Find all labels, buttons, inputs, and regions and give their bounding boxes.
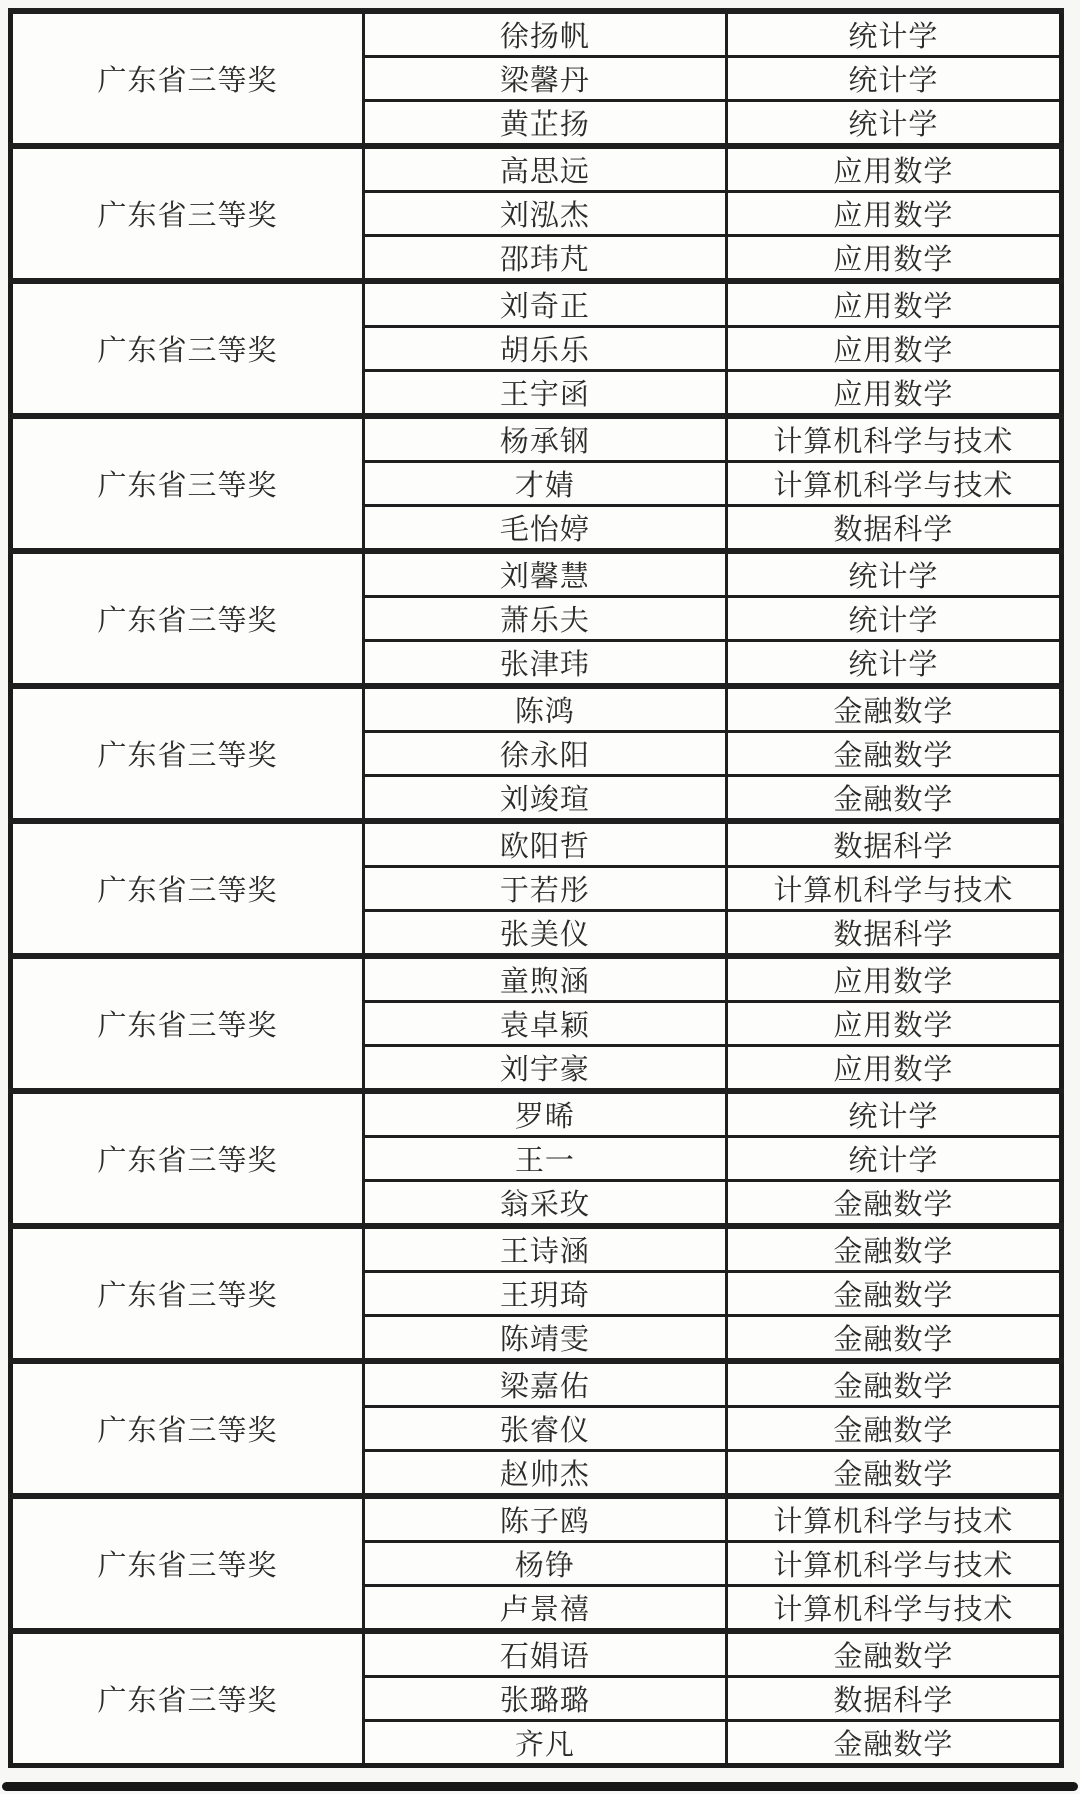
student-name-cell: 赵帅杰 xyxy=(364,1451,727,1497)
award-cell: 广东省三等奖 xyxy=(11,1226,364,1361)
award-cell: 广东省三等奖 xyxy=(11,821,364,956)
student-name-cell: 高思远 xyxy=(364,146,727,192)
student-name-cell: 毛怡婷 xyxy=(364,506,727,552)
student-name-cell: 王玥琦 xyxy=(364,1272,727,1316)
table-row: 广东省三等奖徐扬帆统计学 xyxy=(11,11,1062,57)
student-name-cell: 黄芷扬 xyxy=(364,101,727,147)
major-cell: 应用数学 xyxy=(726,281,1061,327)
student-name-cell: 罗晞 xyxy=(364,1091,727,1137)
table-row: 广东省三等奖陈子鸥计算机科学与技术 xyxy=(11,1496,1062,1542)
major-cell: 计算机科学与技术 xyxy=(726,1586,1061,1632)
student-name-cell: 才婧 xyxy=(364,462,727,506)
major-cell: 应用数学 xyxy=(726,327,1061,371)
awards-table: 广东省三等奖徐扬帆统计学梁馨丹统计学黄芷扬统计学广东省三等奖高思远应用数学刘泓杰… xyxy=(8,8,1064,1768)
table-row: 广东省三等奖童煦涵应用数学 xyxy=(11,956,1062,1002)
table-row: 广东省三等奖罗晞统计学 xyxy=(11,1091,1062,1137)
student-name-cell: 杨承钢 xyxy=(364,416,727,462)
major-cell: 统计学 xyxy=(726,1137,1061,1181)
award-cell: 广东省三等奖 xyxy=(11,11,364,146)
student-name-cell: 石娟语 xyxy=(364,1631,727,1677)
table-row: 广东省三等奖刘奇正应用数学 xyxy=(11,281,1062,327)
major-cell: 应用数学 xyxy=(726,236,1061,282)
major-cell: 计算机科学与技术 xyxy=(726,867,1061,911)
student-name-cell: 邵玮芃 xyxy=(364,236,727,282)
major-cell: 应用数学 xyxy=(726,1002,1061,1046)
student-name-cell: 刘奇正 xyxy=(364,281,727,327)
award-cell: 广东省三等奖 xyxy=(11,416,364,551)
table-row: 广东省三等奖杨承钢计算机科学与技术 xyxy=(11,416,1062,462)
student-name-cell: 王宇函 xyxy=(364,371,727,417)
student-name-cell: 萧乐夫 xyxy=(364,597,727,641)
major-cell: 统计学 xyxy=(726,57,1061,101)
major-cell: 金融数学 xyxy=(726,1407,1061,1451)
major-cell: 计算机科学与技术 xyxy=(726,462,1061,506)
major-cell: 统计学 xyxy=(726,1091,1061,1137)
award-cell: 广东省三等奖 xyxy=(11,1361,364,1496)
table-row: 广东省三等奖高思远应用数学 xyxy=(11,146,1062,192)
award-cell: 广东省三等奖 xyxy=(11,956,364,1091)
student-name-cell: 胡乐乐 xyxy=(364,327,727,371)
student-name-cell: 徐扬帆 xyxy=(364,11,727,57)
award-cell: 广东省三等奖 xyxy=(11,146,364,281)
major-cell: 应用数学 xyxy=(726,146,1061,192)
major-cell: 金融数学 xyxy=(726,1316,1061,1362)
table-row: 广东省三等奖梁嘉佑金融数学 xyxy=(11,1361,1062,1407)
major-cell: 应用数学 xyxy=(726,192,1061,236)
student-name-cell: 梁嘉佑 xyxy=(364,1361,727,1407)
major-cell: 应用数学 xyxy=(726,956,1061,1002)
major-cell: 金融数学 xyxy=(726,1451,1061,1497)
student-name-cell: 童煦涵 xyxy=(364,956,727,1002)
student-name-cell: 陈靖雯 xyxy=(364,1316,727,1362)
major-cell: 统计学 xyxy=(726,551,1061,597)
major-cell: 金融数学 xyxy=(726,686,1061,732)
major-cell: 金融数学 xyxy=(726,1272,1061,1316)
major-cell: 金融数学 xyxy=(726,1361,1061,1407)
major-cell: 数据科学 xyxy=(726,1677,1061,1721)
table-row: 广东省三等奖刘馨慧统计学 xyxy=(11,551,1062,597)
major-cell: 统计学 xyxy=(726,11,1061,57)
table-row: 广东省三等奖石娟语金融数学 xyxy=(11,1631,1062,1677)
table-row: 广东省三等奖王诗涵金融数学 xyxy=(11,1226,1062,1272)
table-row: 广东省三等奖欧阳哲数据科学 xyxy=(11,821,1062,867)
major-cell: 数据科学 xyxy=(726,911,1061,957)
bottom-divider-bar xyxy=(2,1782,1078,1791)
student-name-cell: 刘宇豪 xyxy=(364,1046,727,1092)
student-name-cell: 刘竣瑄 xyxy=(364,776,727,822)
major-cell: 数据科学 xyxy=(726,821,1061,867)
major-cell: 金融数学 xyxy=(726,732,1061,776)
award-cell: 广东省三等奖 xyxy=(11,551,364,686)
major-cell: 统计学 xyxy=(726,597,1061,641)
student-name-cell: 陈子鸥 xyxy=(364,1496,727,1542)
award-cell: 广东省三等奖 xyxy=(11,1091,364,1226)
page: 广东省三等奖徐扬帆统计学梁馨丹统计学黄芷扬统计学广东省三等奖高思远应用数学刘泓杰… xyxy=(0,0,1080,1794)
student-name-cell: 齐凡 xyxy=(364,1721,727,1766)
student-name-cell: 梁馨丹 xyxy=(364,57,727,101)
table-row: 广东省三等奖陈鸿金融数学 xyxy=(11,686,1062,732)
major-cell: 统计学 xyxy=(726,641,1061,687)
student-name-cell: 欧阳哲 xyxy=(364,821,727,867)
student-name-cell: 卢景禧 xyxy=(364,1586,727,1632)
award-cell: 广东省三等奖 xyxy=(11,686,364,821)
student-name-cell: 袁卓颖 xyxy=(364,1002,727,1046)
student-name-cell: 王一 xyxy=(364,1137,727,1181)
major-cell: 金融数学 xyxy=(726,1181,1061,1227)
award-cell: 广东省三等奖 xyxy=(11,1496,364,1631)
major-cell: 计算机科学与技术 xyxy=(726,416,1061,462)
major-cell: 计算机科学与技术 xyxy=(726,1542,1061,1586)
student-name-cell: 张津玮 xyxy=(364,641,727,687)
major-cell: 应用数学 xyxy=(726,1046,1061,1092)
major-cell: 计算机科学与技术 xyxy=(726,1496,1061,1542)
student-name-cell: 张璐璐 xyxy=(364,1677,727,1721)
student-name-cell: 张美仪 xyxy=(364,911,727,957)
major-cell: 金融数学 xyxy=(726,776,1061,822)
student-name-cell: 陈鸿 xyxy=(364,686,727,732)
major-cell: 金融数学 xyxy=(726,1631,1061,1677)
award-cell: 广东省三等奖 xyxy=(11,1631,364,1766)
student-name-cell: 徐永阳 xyxy=(364,732,727,776)
student-name-cell: 刘馨慧 xyxy=(364,551,727,597)
student-name-cell: 于若彤 xyxy=(364,867,727,911)
student-name-cell: 刘泓杰 xyxy=(364,192,727,236)
major-cell: 数据科学 xyxy=(726,506,1061,552)
awards-table-body: 广东省三等奖徐扬帆统计学梁馨丹统计学黄芷扬统计学广东省三等奖高思远应用数学刘泓杰… xyxy=(11,11,1062,1766)
major-cell: 统计学 xyxy=(726,101,1061,147)
award-cell: 广东省三等奖 xyxy=(11,281,364,416)
student-name-cell: 王诗涵 xyxy=(364,1226,727,1272)
student-name-cell: 杨铮 xyxy=(364,1542,727,1586)
student-name-cell: 翁采玫 xyxy=(364,1181,727,1227)
student-name-cell: 张睿仪 xyxy=(364,1407,727,1451)
major-cell: 金融数学 xyxy=(726,1721,1061,1766)
major-cell: 金融数学 xyxy=(726,1226,1061,1272)
major-cell: 应用数学 xyxy=(726,371,1061,417)
